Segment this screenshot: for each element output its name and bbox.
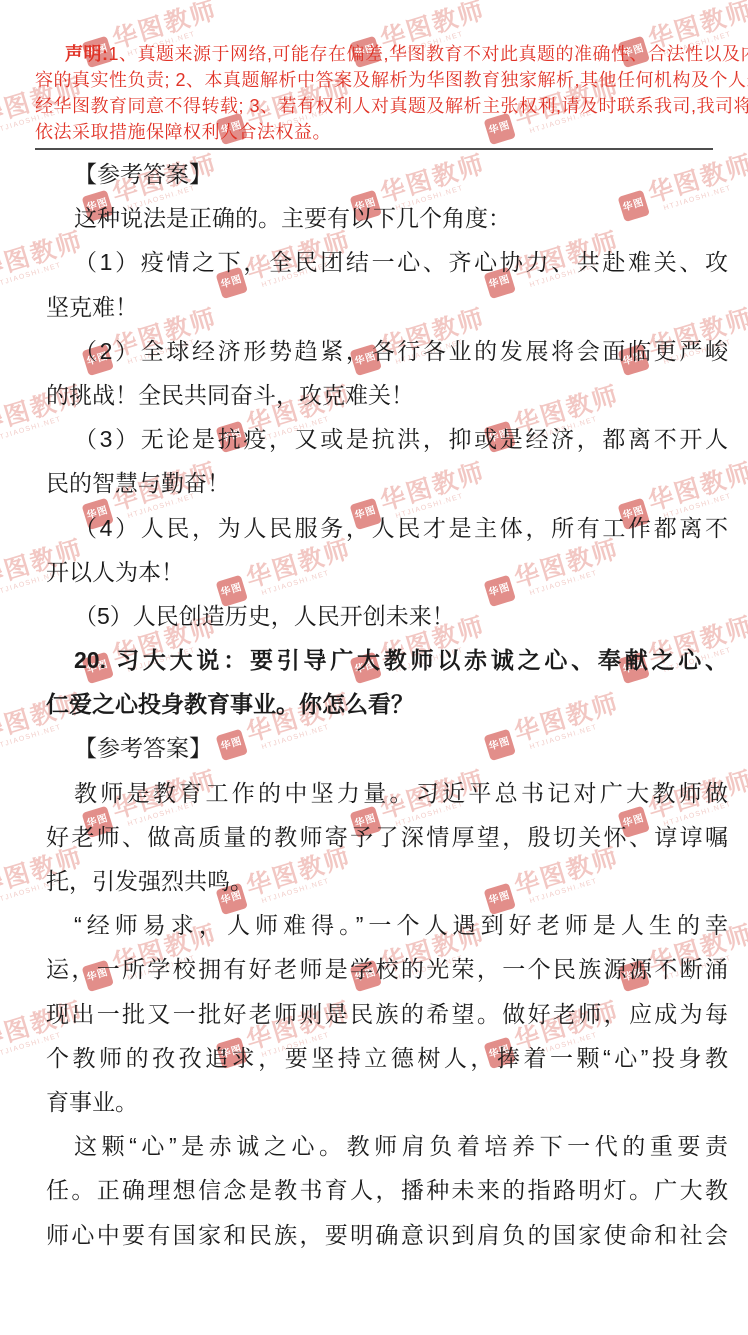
disclaimer-line: 经华图教育同意不得转载; 3、若有权利人对真题及解析主张权利,请及时联系我司,我… <box>35 93 716 119</box>
body-line: 好老师、做高质量的教师寄予了深情厚望，殷切关怀、谆谆嘱 <box>46 815 728 859</box>
body-line: 这种说法是正确的。主要有以下几个角度： <box>46 196 728 240</box>
body-line: “经师易求，人师难得。”一个人遇到好老师是人生的幸 <box>46 903 728 947</box>
body-line: 这颗“心”是赤诚之心。教师肩负着培养下一代的重要责 <box>46 1124 728 1168</box>
body-line: 民的智慧与勤奋！ <box>46 461 728 505</box>
body-line: 坚克难！ <box>46 285 728 329</box>
body-line: 20. 习大大说：要引导广大教师以赤诚之心、奉献之心、 <box>46 638 728 682</box>
body-line: 个教师的孜孜追求，要坚持立德树人，捧着一颗“心”投身教 <box>46 1036 728 1080</box>
body-line: 托，引发强烈共鸣。 <box>46 859 728 903</box>
body-line: 开以人为本！ <box>46 550 728 594</box>
disclaimer-line: 容的真实性负责; 2、本真题解析中答案及解析为华图教育独家解析,其他任何机构及个… <box>35 67 716 93</box>
disclaimer-label: 声明: <box>65 44 109 64</box>
disclaimer-line-text: 容的真实性负责; 2、本真题解析中答案及解析为华图教育独家解析,其他任何机构及个… <box>35 70 748 90</box>
body-line: 【参考答案】 <box>46 726 728 770</box>
disclaimer-line-text: 经华图教育同意不得转载; 3、若有权利人对真题及解析主张权利,请及时联系我司,我… <box>35 96 748 116</box>
body-line: （4）人民，为人民服务，人民才是主体，所有工作都离不 <box>46 506 728 550</box>
body-line: 仁爱之心投身教育事业。你怎么看？ <box>46 682 728 726</box>
disclaimer-line-text: 1、真题来源于网络,可能存在偏差,华图教育不对此真题的准确性、合法性以及内 <box>109 44 748 64</box>
body-line: 任。正确理想信念是教书育人，播种未来的指路明灯。广大教 <box>46 1168 728 1212</box>
body-line: 运，一所学校拥有好老师是学校的光荣，一个民族源源不断涌 <box>46 947 728 991</box>
disclaimer-line-text: 依法采取措施保障权利人合法权益。 <box>35 122 331 142</box>
divider-line <box>35 148 713 150</box>
disclaimer-line: 声明:1、真题来源于网络,可能存在偏差,华图教育不对此真题的准确性、合法性以及内 <box>35 41 716 67</box>
body-line: （1）疫情之下，全民团结一心、齐心协力、共赴难关、攻 <box>46 240 728 284</box>
answer-body: 【参考答案】这种说法是正确的。主要有以下几个角度：（1）疫情之下，全民团结一心、… <box>46 152 728 1257</box>
body-line: （2）全球经济形势趋紧，各行各业的发展将会面临更严峻 <box>46 329 728 373</box>
body-line: 现出一批又一批好老师则是民族的希望。做好老师，应成为每 <box>46 992 728 1036</box>
body-line: 育事业。 <box>46 1080 728 1124</box>
disclaimer: 声明:1、真题来源于网络,可能存在偏差,华图教育不对此真题的准确性、合法性以及内… <box>35 41 716 145</box>
disclaimer-line: 依法采取措施保障权利人合法权益。 <box>35 119 716 145</box>
body-line: （3）无论是抗疫，又或是抗洪，抑或是经济，都离不开人 <box>46 417 728 461</box>
body-line: 的挑战！全民共同奋斗，攻克难关！ <box>46 373 728 417</box>
body-line: 教师是教育工作的中坚力量。习近平总书记对广大教师做 <box>46 771 728 815</box>
document-page: 华图华图教师HTJIAOSHI.NET华图华图教师HTJIAOSHI.NET华图… <box>0 0 748 1335</box>
body-line: 师心中要有国家和民族，要明确意识到肩负的国家使命和社会 <box>46 1213 728 1257</box>
body-line: （5）人民创造历史，人民开创未来！ <box>46 594 728 638</box>
body-line: 【参考答案】 <box>46 152 728 196</box>
